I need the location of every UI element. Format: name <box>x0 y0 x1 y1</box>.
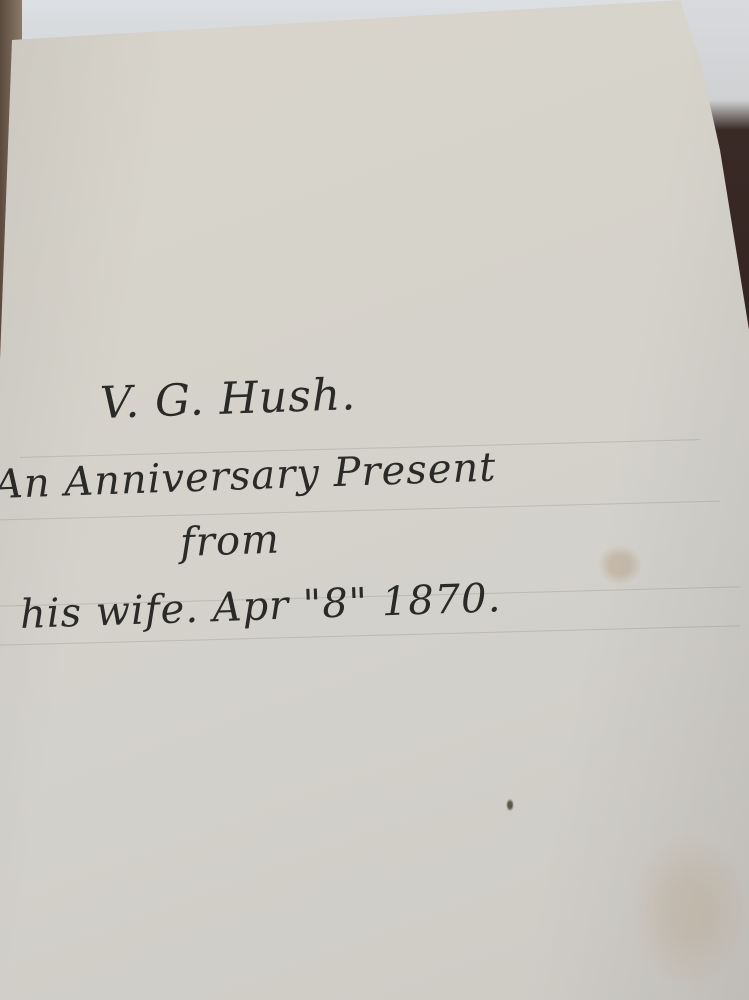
inscription-name: V. G. Hush. <box>99 369 357 429</box>
inscription-from: from <box>179 517 280 566</box>
